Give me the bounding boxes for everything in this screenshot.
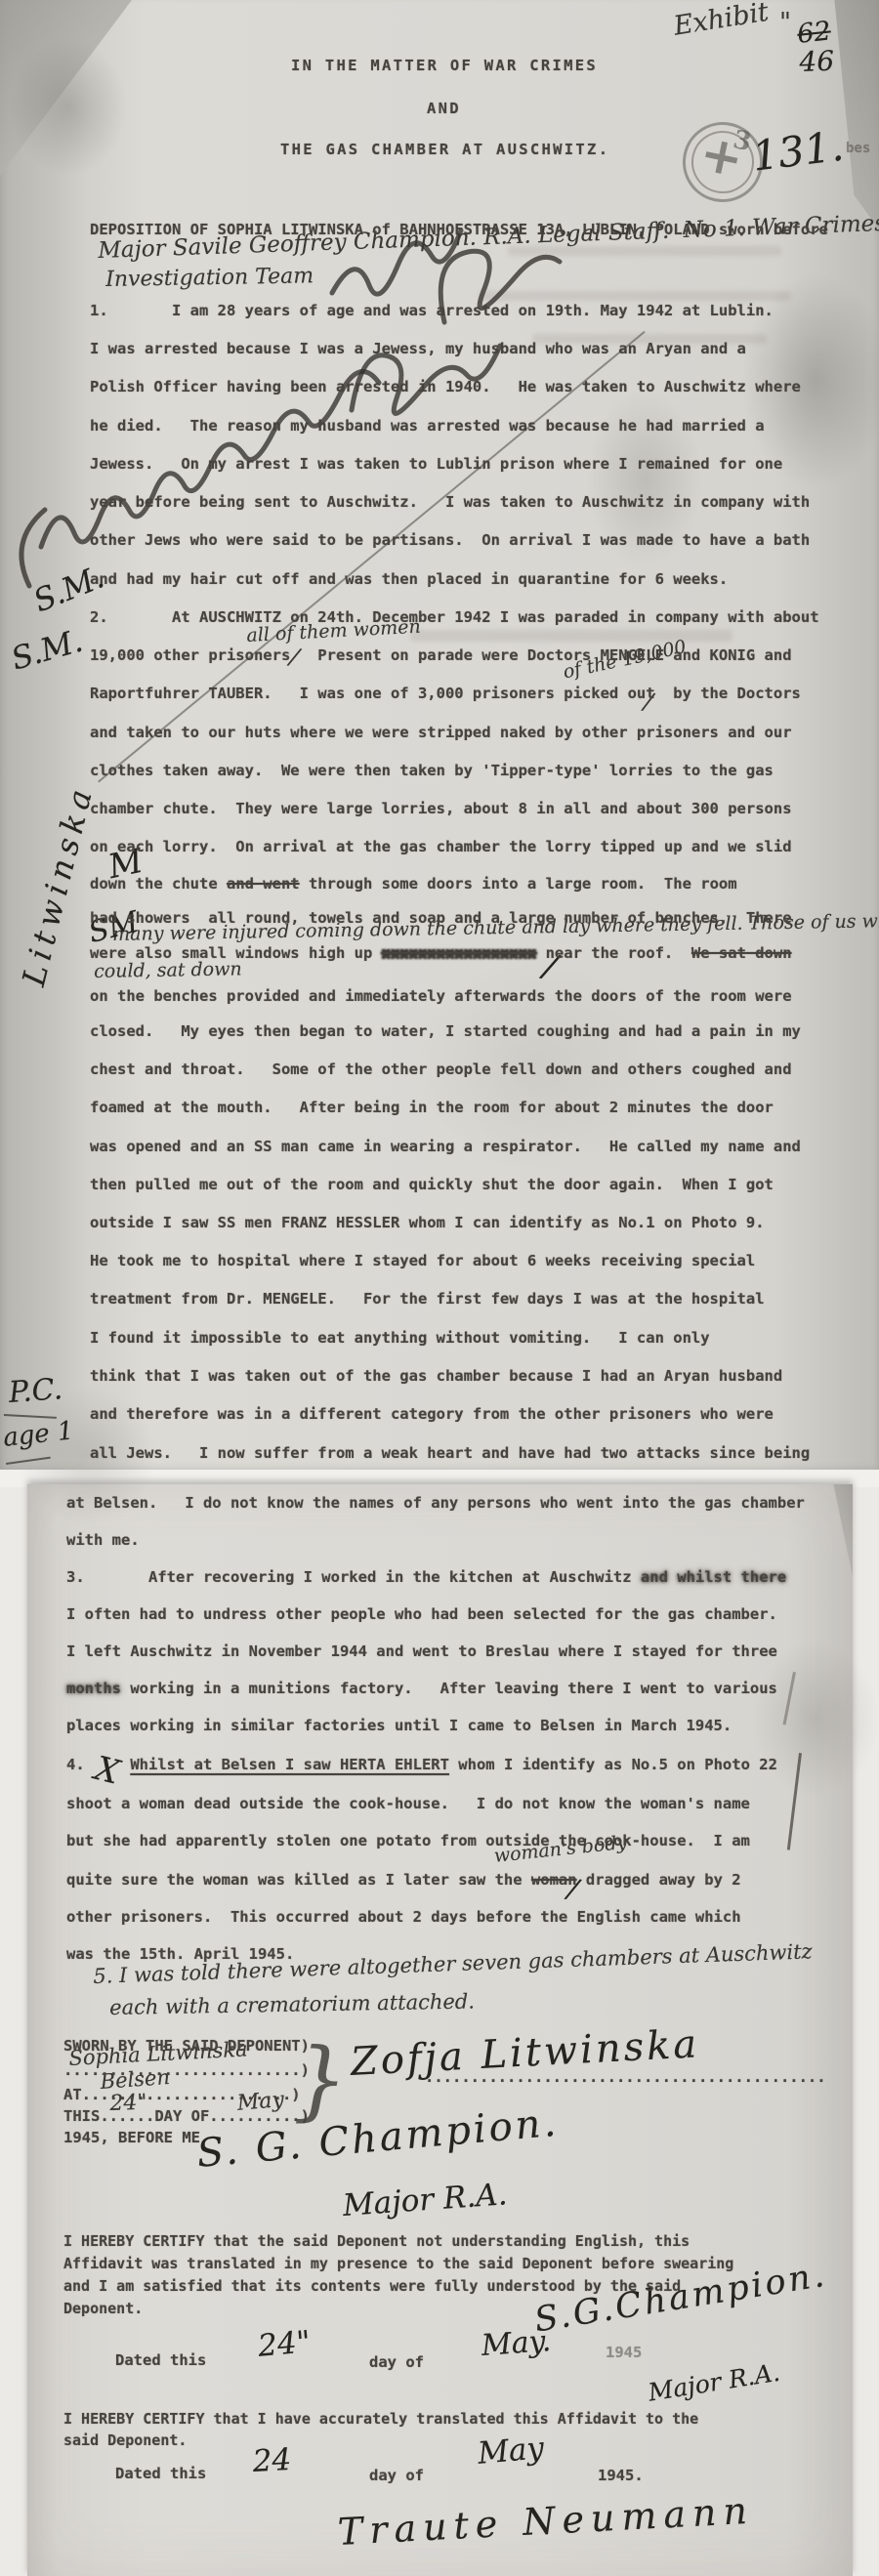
text-line: down the chute and went through some doo… [90,877,737,893]
text-line: Dated this [115,2467,206,2482]
text-line: he died. The reason my husband was arres… [90,419,765,435]
text-line: chest and throat. Some of the other peop… [90,1062,792,1078]
text-line: SWORN BY THE SAID DEPONENT) [63,2039,310,2055]
margin-initials-3: P.C. [8,1375,63,1408]
text-segment: 3. After recovering I worked in the kitc… [66,1568,641,1586]
text-line: 19,000 other prisoners Present on parade… [90,648,792,664]
text-line: Jewess. On my arrest I was taken to Lubl… [90,457,782,473]
text-line: and taken to our huts where we were stri… [90,726,792,741]
text-line: I HEREBY CERTIFY that the said Deponent … [63,2234,690,2249]
text-line: outside I saw SS men FRANZ HESSLER whom … [90,1216,765,1231]
text-line: shoot a woman dead outside the cook-hous… [66,1797,750,1812]
text-line: then pulled me out of the room and quick… [90,1178,774,1193]
exhibit-number-old: 62 [796,18,832,47]
sworn-before-handwritten-2: Investigation Team [105,266,314,291]
text-line: 1945. [598,2469,644,2484]
text-line: and I am satisfied that its contents wer… [63,2279,681,2294]
text-segment: near the roof. [536,944,691,962]
text-line: 1945 [606,2346,642,2361]
exhibit-quote: " [779,10,791,35]
text-segment-strike: and went [227,875,300,893]
text-line: at Belsen. I do not know the names of an… [66,1496,805,1512]
text-segment: dragged away by 2 [577,1871,741,1889]
text-line: and had my hair cut off and was then pla… [90,572,728,588]
text-line: treatment from Dr. MENGELE. For the firs… [90,1292,765,1308]
text-line: Polish Officer having been arrested in 1… [90,380,801,395]
text-segment: whom I identify as No.5 on Photo 22 [449,1756,777,1773]
text-line: DEPOSITION OF SOPHIA LITWINSKA of BAHNHO… [90,223,828,238]
text-line: other prisoners. This occurred about 2 d… [66,1910,741,1926]
text-line: 2. At AUSCHWITZ on 24th. December 1942 I… [90,610,819,626]
text-line: quite sure the woman was killed as I lat… [66,1873,741,1889]
text-line: places working in similar factories unti… [66,1719,732,1734]
text-segment-smudge: months [66,1680,121,1697]
text-line: Affidavit was translated in my presence … [63,2257,733,2271]
text-line: had showers all round, towels and soap a… [90,911,792,927]
text-line: with me. [66,1533,140,1549]
text-segment-strike: We sat down [691,944,792,962]
text-line: think that I was taken out of the gas ch… [90,1369,782,1385]
text-line: closed. My eyes then began to water, I s… [90,1024,801,1040]
text-line: 3. After recovering I worked in the kitc… [66,1570,786,1586]
text-line: months working in a munitions factory. A… [66,1682,777,1697]
text-line: on each lorry. On arrival at the gas cha… [90,840,792,855]
text-line: all Jews. I now suffer from a weak heart… [90,1446,810,1462]
text-line: I was arrested because I was a Jewess, m… [90,342,746,357]
text-line: He took me to hospital where I stayed fo… [90,1254,755,1269]
text-line: I often had to undress other people who … [66,1607,777,1623]
text-line: I left Auschwitz in November 1944 and we… [66,1644,777,1660]
text-line: year before being sent to Auschwitz. I w… [90,495,810,511]
text-line: other Jews who were said to be partisans… [90,533,810,549]
document-scan: + 3 Exhibit"6246131.besMajor Savile Geof… [0,0,879,2576]
text-line: but she had apparently stolen one potato… [66,1834,750,1849]
text-line: Deponent. [63,2302,143,2316]
text-segment-und: Whilst at Belsen I saw HERTA EHLERT [130,1756,449,1773]
text-line: I HEREBY CERTIFY that I have accurately … [63,2412,698,2427]
text-line: was the 15th. April 1945. [66,1947,294,1963]
text-line: Dated this [115,2353,206,2369]
text-line: was opened and an SS man came in wearing… [90,1140,801,1155]
text-line: on the benches provided and immediately … [90,989,792,1005]
text-line: day of [369,2355,424,2371]
exhibit-number: 46 [799,48,835,76]
dated2-month-handwritten: May [477,2433,545,2470]
text-line: THE GAS CHAMBER AT AUSCHWITZ. [280,143,609,158]
text-line: THIS......DAY OF..........) [63,2109,310,2125]
text-line: 4. Whilst at Belsen I saw HERTA EHLERT w… [66,1758,777,1773]
text-segment-strike: woman [531,1871,577,1889]
text-segment: 4. [66,1756,130,1773]
text-line: IN THE MATTER OF WAR CRIMES [291,59,598,74]
text-line: were also small windows high up xxxxxxxx… [90,946,792,962]
text-line: chamber chute. They were large lorries, … [90,802,792,817]
text-line: said Deponent. [63,2433,187,2448]
insert-could-sat-down: could, sat down [94,960,242,981]
text-line: AT.......................) [63,2088,301,2103]
text-line: ........................................… [425,2070,826,2086]
dated1-day-handwritten: 24" [257,2327,312,2362]
text-line: foamed at the mouth. After being in the … [90,1101,774,1116]
margin-page-note: age 1 [2,1418,75,1450]
text-line: clothes taken away. We were then taken b… [90,764,774,779]
dated2-day-handwritten: 24 [252,2445,292,2477]
text-segment: working in a munitions factory. After le… [121,1680,777,1697]
text-line: AND [427,102,461,117]
text-segment: down the chute [90,875,227,893]
text-segment-smudge: and whilst there [641,1568,786,1586]
edge-bleed-note: bes [846,142,870,155]
bleed-through-text [479,291,791,301]
text-line: ..........................) [63,2063,310,2079]
text-line: I found it impossible to eat anything wi… [90,1331,710,1347]
text-line: Raportfuhrer TAUBER. I was one of 3,000 … [90,686,801,702]
text-segment-strike: xxxxxxxxxxxxxxxxx [382,944,537,962]
text-line: 1945, BEFORE ME [63,2131,200,2146]
text-segment: were also small windows high up [90,944,382,962]
text-line: day of [369,2469,424,2484]
text-segment: through some doors into a large room. Th… [300,875,737,893]
text-line: and therefore was in a different categor… [90,1407,774,1423]
folio-number: 131. [750,126,846,178]
text-line: 1. I am 28 years of age and was arrested… [90,304,774,319]
text-segment: quite sure the woman was killed as I lat… [66,1871,531,1889]
